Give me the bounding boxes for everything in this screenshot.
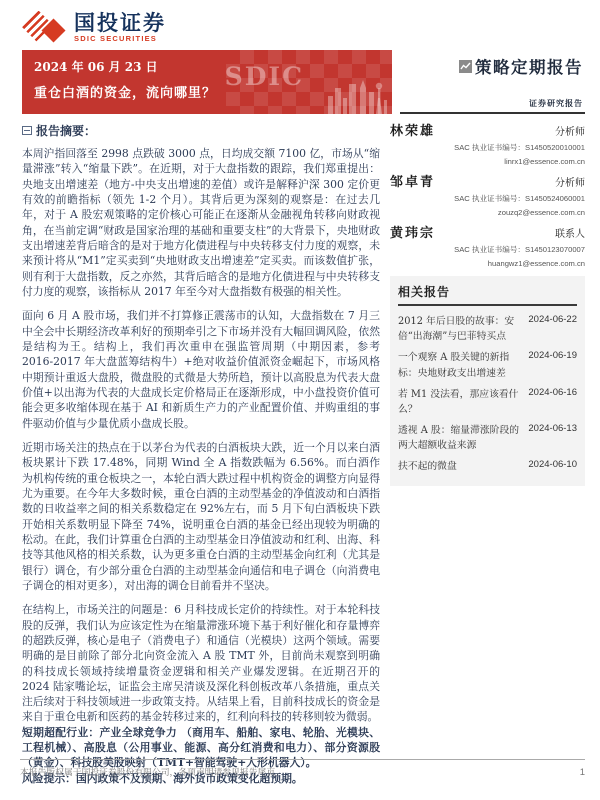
footer-disclaimer: 本报告版权属于国投证券股份有限公司，各项声明请参见报告尾页。 [20,765,284,778]
analyst-block: 林荣雄 分析师 SAC 执业证书编号：S1450520010001 linrx1… [390,120,585,166]
summary-column: 报告摘要： 本周沪指回落至 2998 点跌破 3000 点，日均成交额 7100… [22,120,390,786]
brand-name-en: SDIC SECURITIES [74,35,166,43]
report-type-sublabel: 证券研究报告 [402,98,583,109]
related-reports-title: 相关报告 [398,283,577,306]
summary-heading: 报告摘要： [22,122,380,139]
analyst-cert: SAC 执业证书编号：S1450520010001 [390,142,585,153]
related-report-date: 2024-06-22 [528,314,577,325]
analyst-name: 邹卓青 [390,171,435,190]
analyst-role: 分析师 [555,123,585,138]
analyst-cert: SAC 执业证书编号：S1450524060001 [390,193,585,204]
summary-paragraph: 在结构上，市场关注的问题是：6 月科技成长定价的持续性。对于本轮科技股的反弹，我… [22,602,380,725]
report-date: 2024 年 06 月 23 日 [34,58,380,75]
report-title: 重仓白酒的资金，流向哪里？ [34,82,380,101]
related-report-date: 2024-06-10 [528,459,577,470]
page-footer: 本报告版权属于国投证券股份有限公司，各项声明请参见报告尾页。 1 [20,759,585,778]
title-banner: SDIC 2024 年 06 月 23 日 重仓白酒的资金，流向哪里？ [22,50,392,114]
page-number: 1 [580,767,585,778]
sdic-logo-icon [22,11,62,44]
analyst-email[interactable]: zouzq2@essence.com.cn [390,208,585,217]
related-report-link[interactable]: 透视 A 股：缩量滞涨阶段的两大超额收益来源 2024-06-13 [398,419,577,455]
summary-paragraph: 面向 6 月 A 股市场，我们并不打算修正震荡市的认知，大盘指数在 7 月三中全… [22,308,380,431]
related-report-link[interactable]: 一个观察 A 股关键的新指标：央地财政支出增速差 2024-06-19 [398,346,577,382]
brand-logo: 国投证券 SDIC SECURITIES [22,8,585,46]
info-column: 林荣雄 分析师 SAC 执业证书编号：S1450520010001 linrx1… [390,120,585,786]
summary-paragraph: 近期市场关注的热点在于以茅台为代表的白酒板块大跌，近一个月以来白酒板块累计下跌 … [22,440,380,593]
related-report-link[interactable]: 若 M1 没法看，那应该看什么？ 2024-06-16 [398,383,577,419]
related-reports-panel: 相关报告 2012 年后日股的故事：安倍“出海潮”与巴菲特买点 2024-06-… [390,276,585,486]
report-page: 国投证券 SDIC SECURITIES SDIC [0,0,600,800]
report-type-box: 策略定期报告 证券研究报告 [400,50,585,114]
analyst-name: 黄玮宗 [390,222,435,241]
analyst-cert: SAC 执业证书编号：S1450123070007 [390,244,585,255]
analyst-role: 分析师 [555,174,585,189]
chart-line-icon [459,60,472,73]
analyst-email[interactable]: linrx1@essence.com.cn [390,157,585,166]
analyst-email[interactable]: huangwz1@essence.com.cn [390,259,585,268]
analyst-block: 邹卓青 分析师 SAC 执业证书编号：S1450524060001 zouzq2… [390,171,585,217]
report-type-label: 策略定期报告 [475,54,583,78]
analyst-name: 林荣雄 [390,120,435,139]
analyst-block: 黄玮宗 联系人 SAC 执业证书编号：S1450123070007 huangw… [390,222,585,268]
analyst-role: 联系人 [555,225,585,240]
related-report-link[interactable]: 2012 年后日股的故事：安倍“出海潮”与巴菲特买点 2024-06-22 [398,310,577,346]
summary-paragraph: 本周沪指回落至 2998 点跌破 3000 点，日均成交额 7100 亿，市场从… [22,146,380,299]
related-report-date: 2024-06-13 [528,423,577,434]
related-report-date: 2024-06-16 [528,387,577,398]
brand-name-cn: 国投证券 [74,12,166,33]
related-report-link[interactable]: 扶不起的微盘 2024-06-10 [398,455,577,476]
related-report-date: 2024-06-19 [528,350,577,361]
list-box-icon [22,126,32,135]
